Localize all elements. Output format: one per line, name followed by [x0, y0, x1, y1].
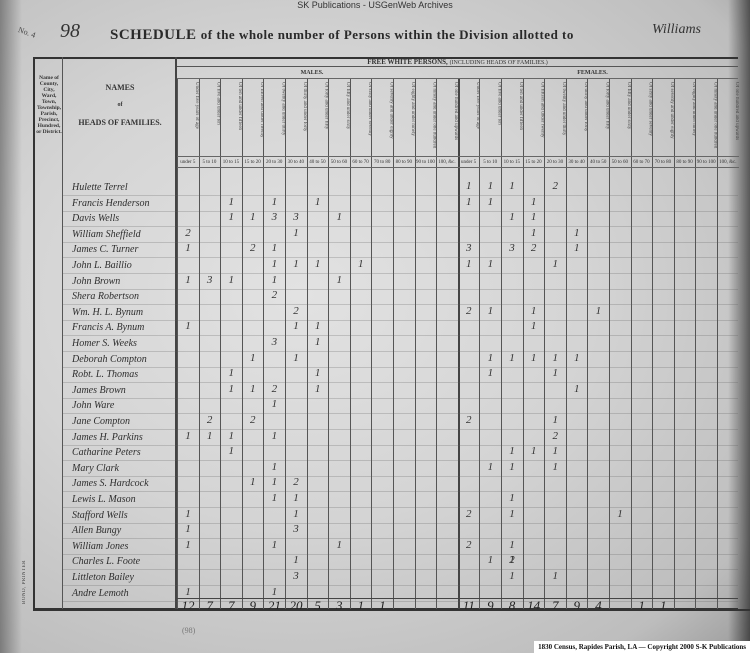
column-description: Of ten and under fifteen	[503, 82, 523, 152]
row-rule	[63, 257, 738, 258]
male-tally: 1	[221, 445, 241, 457]
head-of-family-name: Charles L. Foote	[72, 556, 140, 567]
female-tally: 1	[545, 367, 565, 379]
head-of-family-name: Francis Henderson	[72, 198, 150, 209]
head-of-family-name: Davis Wells	[72, 213, 119, 224]
column-age-range: 100, &c.	[436, 156, 458, 168]
row-rule	[63, 460, 738, 461]
column-description: Of sixty and under seventy	[352, 82, 372, 152]
male-tally: 1	[178, 274, 198, 286]
column-age-range: 70 to 80	[652, 156, 674, 168]
male-tally: 1	[178, 586, 198, 598]
female-tally: 1	[545, 461, 565, 473]
male-tally: 1	[351, 258, 371, 270]
column-total-females: 1	[649, 598, 677, 614]
males-label: MALES.	[301, 70, 324, 76]
column-description: Of ninety and under one hundred	[417, 82, 437, 152]
male-tally: 1	[264, 539, 284, 551]
male-tally: 1	[286, 352, 306, 364]
column-age-range: 30 to 40	[566, 156, 588, 168]
column-description: Of five and under ten	[481, 82, 501, 152]
column-age-range: 5 to 10	[479, 156, 501, 168]
female-tally: 1	[588, 305, 608, 317]
head-of-family-name: John Ware	[72, 400, 114, 411]
male-tally: 1	[221, 383, 241, 395]
column-description: Of one hundred and upwards	[719, 82, 739, 152]
head-of-family-name: Deborah Compton	[72, 354, 147, 365]
male-tally: 1	[221, 211, 241, 223]
male-tally: 2	[286, 305, 306, 317]
head-of-family-name: John Brown	[72, 276, 120, 287]
male-tally: 1	[264, 461, 284, 473]
female-tally: 1	[567, 242, 587, 254]
head-of-family-name: James Brown	[72, 385, 126, 396]
column-age-range: under 5	[177, 156, 199, 168]
female-tally: 1	[567, 352, 587, 364]
row-rule	[63, 195, 738, 196]
female-tally: 1	[480, 180, 500, 192]
male-tally: 1	[264, 476, 284, 488]
male-tally: 1	[264, 430, 284, 442]
page-shadow-left	[0, 0, 22, 653]
female-tally: 2	[502, 554, 522, 566]
column-description: Of ninety and under one hundred	[697, 82, 717, 152]
female-tally: 2	[459, 414, 479, 426]
column-description: Of eighty and under ninety	[395, 82, 415, 152]
head-of-family-name: William Sheffield	[72, 229, 141, 240]
column-description: Of fifteen and under twenty	[525, 82, 545, 152]
column-age-range: under 5	[458, 156, 480, 168]
male-tally: 1	[308, 320, 328, 332]
column-total-males: 1	[368, 598, 396, 614]
head-of-family-name: Robt. L. Thomas	[72, 369, 138, 380]
male-tally: 2	[243, 414, 263, 426]
column-description: Of thirty and under forty	[568, 82, 588, 152]
column-description: Of fifteen and under twenty	[244, 82, 264, 152]
heads-of-families-label: HEADS OF FAMILIES.	[63, 118, 177, 127]
free-white-persons-band: FREE WHITE PERSONS, (INCLUDING HEADS OF …	[177, 57, 738, 67]
female-tally: 1	[480, 554, 500, 566]
male-tally: 1	[329, 539, 349, 551]
female-tally: 1	[610, 508, 630, 520]
row-rule	[63, 304, 738, 305]
female-tally: 1	[480, 367, 500, 379]
head-of-family-name: Stafford Wells	[72, 510, 128, 521]
female-tally: 1	[567, 383, 587, 395]
column-age-range: 15 to 20	[523, 156, 545, 168]
female-tally: 1	[524, 445, 544, 457]
female-tally: 1	[567, 227, 587, 239]
male-tally: 2	[200, 414, 220, 426]
female-tally: 2	[459, 305, 479, 317]
band-main: FREE WHITE PERSONS,	[367, 58, 448, 66]
male-tally: 1	[178, 242, 198, 254]
column-description: Under five years of age	[179, 82, 199, 152]
female-tally: 1	[480, 258, 500, 270]
division-name: Williams	[652, 22, 701, 38]
female-tally: 2	[545, 430, 565, 442]
row-rule	[63, 538, 738, 539]
male-tally: 1	[243, 476, 263, 488]
male-tally: 1	[286, 554, 306, 566]
column-age-range: 15 to 20	[242, 156, 264, 168]
male-tally: 1	[308, 367, 328, 379]
female-tally: 1	[524, 305, 544, 317]
column-description: Of twenty and under thirty	[265, 82, 285, 152]
head-of-family-name: Homer S. Weeks	[72, 338, 137, 349]
head-of-family-name: Wm. H. L. Bynum	[72, 307, 143, 318]
column-description: Of fifty and under sixty	[611, 82, 631, 152]
row-rule	[63, 320, 738, 321]
female-tally: 1	[502, 570, 522, 582]
column-description: Of five and under ten	[201, 82, 221, 152]
female-tally: 1	[502, 180, 522, 192]
row-rule	[63, 476, 738, 477]
female-tally: 1	[524, 211, 544, 223]
male-tally: 1	[200, 430, 220, 442]
female-tally: 1	[545, 352, 565, 364]
column-age-range: 40 to 50	[307, 156, 329, 168]
head-of-family-name: James S. Hardcock	[72, 478, 149, 489]
head-of-family-name: Lewis L. Mason	[72, 494, 136, 505]
head-of-family-name: Andre Lemoth	[72, 588, 129, 599]
title-text: of the whole number of Persons within th…	[201, 27, 574, 42]
row-rule	[63, 211, 738, 212]
row-rule	[63, 491, 738, 492]
column-age-range: 60 to 70	[631, 156, 653, 168]
female-tally: 1	[502, 352, 522, 364]
female-tally: 1	[545, 570, 565, 582]
female-tally: 1	[524, 352, 544, 364]
male-tally: 1	[264, 196, 284, 208]
female-tally: 1	[545, 445, 565, 457]
male-tally: 1	[243, 352, 263, 364]
female-tally: 2	[459, 508, 479, 520]
row-rule	[63, 429, 738, 430]
female-tally: 1	[502, 211, 522, 223]
column-age-range: 5 to 10	[199, 156, 221, 168]
row-rule	[63, 523, 738, 524]
head-of-family-name: Shera Robertson	[72, 291, 139, 302]
column-age-range: 60 to 70	[350, 156, 372, 168]
female-tally: 3	[502, 242, 522, 254]
column-description: Of seventy and under eighty	[654, 82, 674, 152]
male-tally: 1	[243, 383, 263, 395]
female-tally: 2	[545, 180, 565, 192]
row-rule	[63, 507, 738, 508]
column-description: Of sixty and under seventy	[633, 82, 653, 152]
head-of-family-name: Littleton Bailey	[72, 572, 134, 583]
female-tally: 2	[459, 539, 479, 551]
male-tally: 3	[286, 211, 306, 223]
female-tally: 1	[545, 414, 565, 426]
female-tally: 2	[524, 242, 544, 254]
names-column-header: NAMES of HEADS OF FAMILIES.	[63, 75, 177, 127]
male-tally: 2	[264, 383, 284, 395]
male-tally: 2	[286, 476, 306, 488]
female-tally: 1	[502, 445, 522, 457]
column-age-range: 10 to 15	[501, 156, 523, 168]
head-of-family-name: James C. Turner	[72, 244, 138, 255]
male-tally: 1	[178, 430, 198, 442]
female-tally: 1	[459, 180, 479, 192]
row-rule	[63, 413, 738, 414]
female-tally: 3	[459, 242, 479, 254]
schedule-title: SCHEDULE of the whole number of Persons …	[110, 27, 574, 44]
female-tally: 1	[502, 492, 522, 504]
male-tally: 2	[243, 242, 263, 254]
male-tally: 1	[308, 383, 328, 395]
names-of-label: of	[63, 102, 177, 108]
male-tally: 3	[286, 523, 306, 535]
column-description: Of one hundred and upwards	[438, 82, 458, 152]
male-tally: 1	[329, 211, 349, 223]
column-age-range: 70 to 80	[371, 156, 393, 168]
head-of-family-name: Francis A. Bynum	[72, 322, 144, 333]
male-tally: 1	[308, 196, 328, 208]
column-age-range: 80 to 90	[393, 156, 415, 168]
male-tally: 1	[308, 336, 328, 348]
names-label: NAMES	[63, 83, 177, 92]
column-age-range: 80 to 90	[674, 156, 696, 168]
column-age-range: 50 to 60	[328, 156, 350, 168]
head-of-family-name: Catharine Peters	[72, 447, 141, 458]
male-tally: 1	[286, 320, 306, 332]
female-tally: 1	[480, 196, 500, 208]
male-tally: 3	[286, 570, 306, 582]
male-tally: 1	[264, 398, 284, 410]
male-tally: 1	[221, 430, 241, 442]
females-label: FEMALES.	[577, 70, 608, 76]
head-of-family-name: Hulette Terrel	[72, 182, 128, 193]
male-tally: 1	[308, 258, 328, 270]
male-tally: 1	[178, 508, 198, 520]
row-rule	[63, 289, 738, 290]
row-rule	[63, 226, 738, 227]
female-tally: 1	[524, 196, 544, 208]
male-tally: 1	[286, 227, 306, 239]
column-description: Of forty and under fifty	[309, 82, 329, 152]
column-age-range: 50 to 60	[609, 156, 631, 168]
male-tally: 1	[329, 274, 349, 286]
page-stamp: (98)	[182, 626, 195, 635]
male-tally: 1	[286, 492, 306, 504]
male-tally: 1	[286, 258, 306, 270]
male-tally: 1	[264, 492, 284, 504]
row-rule	[63, 273, 738, 274]
male-tally: 1	[178, 539, 198, 551]
location-column	[33, 57, 63, 610]
row-rule	[63, 398, 738, 399]
column-total-females: 4	[584, 598, 612, 614]
female-tally: 1	[502, 461, 522, 473]
male-tally: 2	[264, 289, 284, 301]
row-rule	[63, 445, 738, 446]
male-tally: 1	[264, 242, 284, 254]
column-age-range: 20 to 30	[263, 156, 285, 168]
female-tally: 1	[480, 352, 500, 364]
male-tally: 3	[200, 274, 220, 286]
male-tally: 1	[264, 258, 284, 270]
female-tally: 1	[524, 227, 544, 239]
male-tally: 1	[286, 508, 306, 520]
column-age-range: 90 to 100	[415, 156, 437, 168]
female-tally: 1	[480, 461, 500, 473]
band-sub: (INCLUDING HEADS OF FAMILIES.)	[450, 60, 548, 66]
row-rule	[63, 554, 738, 555]
column-description: Of eighty and under ninety	[676, 82, 696, 152]
title-prefix: SCHEDULE	[110, 27, 197, 43]
column-age-range: 100, &c.	[717, 156, 739, 168]
female-tally: 1	[459, 196, 479, 208]
printer-imprint: BOND, PRINTER	[22, 560, 27, 604]
head-of-family-name: William Jones	[72, 541, 128, 552]
male-tally: 1	[178, 320, 198, 332]
female-tally: 1	[459, 258, 479, 270]
row-rule	[63, 335, 738, 336]
males-band: MALES.	[177, 67, 447, 79]
head-of-family-name: John L. Baillio	[72, 260, 132, 271]
column-description: Of fifty and under sixty	[330, 82, 350, 152]
row-rule	[63, 351, 738, 352]
female-tally: 1	[545, 258, 565, 270]
column-age-range: 20 to 30	[544, 156, 566, 168]
female-tally: 1	[524, 320, 544, 332]
male-tally: 1	[243, 211, 263, 223]
watermark: SK Publications - USGenWeb Archives	[0, 0, 750, 10]
female-tally: 1	[502, 508, 522, 520]
location-column-header: Name of County, City, Ward, Town, Townsh…	[36, 75, 62, 135]
column-age-range: 10 to 15	[220, 156, 242, 168]
row-rule	[63, 242, 738, 243]
male-tally: 1	[221, 196, 241, 208]
copyright-caption: 1830 Census, Rapides Parish, LA — Copyri…	[534, 641, 750, 653]
male-tally: 1	[221, 274, 241, 286]
column-description: Of twenty and under thirty	[546, 82, 566, 152]
female-tally: 1	[480, 305, 500, 317]
page-number: 98	[60, 20, 80, 43]
head-of-family-name: Jane Compton	[72, 416, 130, 427]
male-tally: 1	[221, 367, 241, 379]
head-of-family-name: James H. Parkins	[72, 432, 143, 443]
row-rule	[63, 382, 738, 383]
head-of-family-name: Allen Bungy	[72, 525, 121, 536]
column-description: Of thirty and under forty	[287, 82, 307, 152]
male-tally: 3	[264, 211, 284, 223]
male-tally: 2	[178, 227, 198, 239]
column-age-range: 90 to 100	[695, 156, 717, 168]
column-description: Of seventy and under eighty	[373, 82, 393, 152]
column-age-range: 30 to 40	[285, 156, 307, 168]
females-band: FEMALES.	[447, 67, 738, 79]
table-bottom-rule	[33, 609, 750, 611]
column-age-range: 40 to 50	[587, 156, 609, 168]
head-of-family-name: Mary Clark	[72, 463, 119, 474]
column-description: Of forty and under fifty	[589, 82, 609, 152]
row-rule	[63, 367, 738, 368]
male-tally: 3	[264, 336, 284, 348]
column-description: Of ten and under fifteen	[222, 82, 242, 152]
male-tally: 1	[178, 523, 198, 535]
row-rule	[63, 569, 738, 570]
male-tally: 1	[264, 586, 284, 598]
female-tally: 1	[502, 539, 522, 551]
column-description: Under five years of age	[460, 82, 480, 152]
row-rule	[63, 585, 738, 586]
male-tally: 1	[264, 274, 284, 286]
